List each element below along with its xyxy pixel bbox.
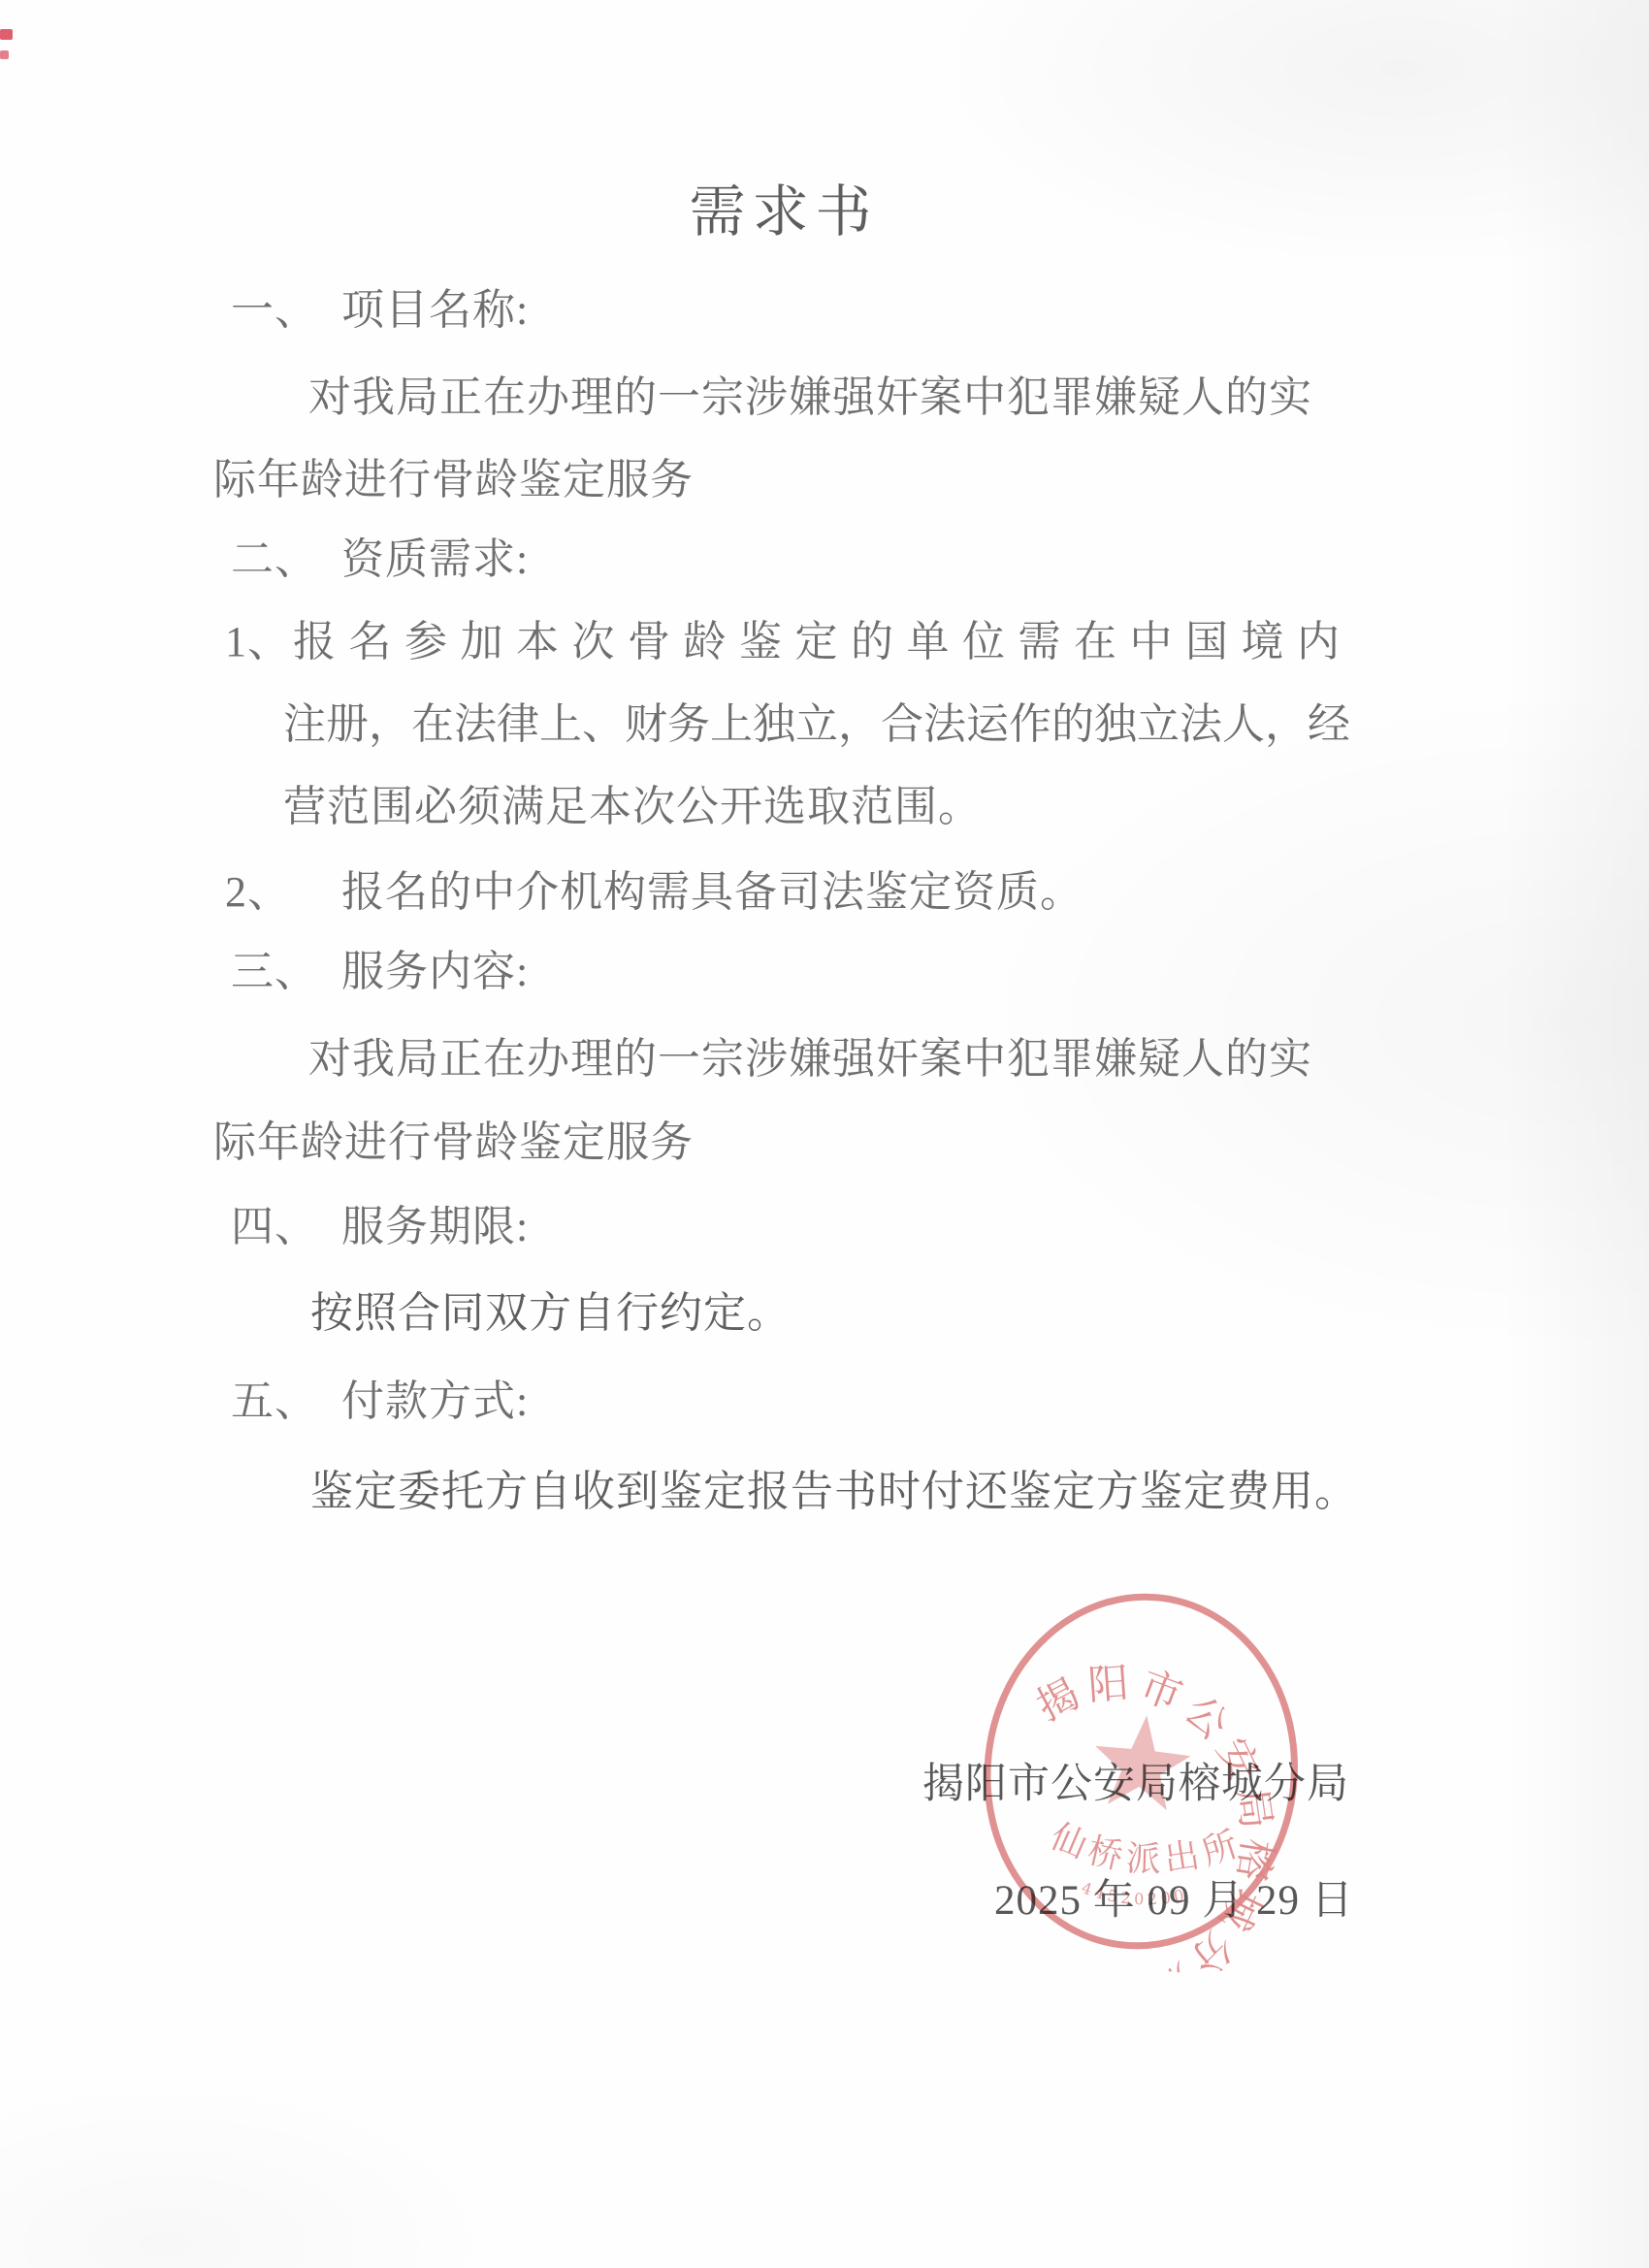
stamp-star-icon — [1089, 1710, 1194, 1812]
item-1-line-3: 营范围必须满足本次公开选取范围。 — [283, 783, 982, 832]
project-description-line-1: 对我局正在办理的一宗涉嫌强奸案中犯罪嫌疑人的实 — [308, 373, 1312, 423]
section-3-heading: 服务内容: — [341, 948, 529, 997]
section-4-heading: 服务期限: — [341, 1203, 529, 1252]
section-5-heading: 付款方式: — [341, 1377, 529, 1427]
term-text: 按照合同双方自行约定。 — [310, 1289, 791, 1339]
stamp-ring-text: 揭阳市公安局榕城分局 — [998, 1651, 1297, 1985]
svg-text:仙桥派出所: 仙桥派出所 — [1044, 1803, 1252, 1891]
stamp-graphic: 揭阳市公安局榕城分局 仙桥派出所 44520200 — [951, 1563, 1331, 1985]
section-3-number: 三、 — [231, 948, 318, 997]
scanned-document-page: 需求书 一、 项目名称: 对我局正在办理的一宗涉嫌强奸案中犯罪嫌疑人的实 际年龄… — [0, 0, 1649, 2268]
stamp-bottom-text: 仙桥派出所 — [1044, 1803, 1252, 1891]
section-1-heading: 项目名称: — [341, 286, 529, 336]
scan-artifact-mark — [0, 29, 13, 40]
section-2-heading: 资质需求: — [341, 535, 529, 585]
project-description-line-2: 际年龄进行骨龄鉴定服务 — [213, 456, 694, 505]
section-5-number: 五、 — [231, 1377, 318, 1427]
stamp-code: 44520200 — [1079, 1874, 1191, 1914]
official-stamp: 揭阳市公安局榕城分局 仙桥派出所 44520200 — [951, 1563, 1331, 1985]
section-4-number: 四、 — [231, 1203, 318, 1252]
item-1-line-1: 报名参加本次骨龄鉴定的单位需在中国境内 — [293, 618, 1353, 667]
section-2-number: 二、 — [231, 535, 318, 585]
item-2-text: 报名的中介机构需具备司法鉴定资质。 — [341, 868, 1083, 918]
item-1-number: 1、 — [225, 618, 291, 667]
document-title: 需求书 — [0, 180, 1568, 245]
service-description-line-2: 际年龄进行骨龄鉴定服务 — [213, 1118, 694, 1168]
item-1-line-2: 注册，在法律上、财务上独立，合法运作的独立法人，经 — [283, 700, 1350, 750]
payment-text: 鉴定委托方自收到鉴定报告书时付还鉴定方鉴定费用。 — [310, 1468, 1358, 1517]
section-1-number: 一、 — [231, 286, 318, 336]
svg-text:揭阳市公安局榕城分局: 揭阳市公安局榕城分局 — [998, 1651, 1297, 1985]
item-2-number: 2、 — [225, 868, 291, 918]
svg-text:44520200: 44520200 — [1079, 1874, 1191, 1914]
scan-artifact-mark — [0, 50, 9, 59]
service-description-line-1: 对我局正在办理的一宗涉嫌强奸案中犯罪嫌疑人的实 — [308, 1035, 1312, 1085]
